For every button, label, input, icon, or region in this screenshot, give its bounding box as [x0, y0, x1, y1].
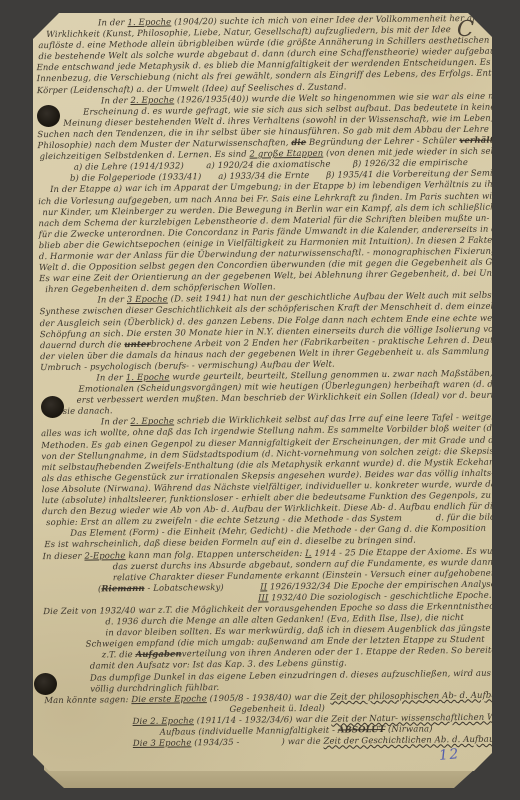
manuscript-page: In der 1. Epoche (1904/20) suchte ich mi… [33, 13, 492, 771]
punch-hole [34, 673, 57, 695]
corner-mark: C [456, 17, 474, 43]
page-number: 12 [438, 746, 460, 764]
punch-hole [37, 105, 60, 127]
scan-background: In der 1. Epoche (1904/20) suchte ich mi… [0, 0, 520, 800]
manuscript-text: In der 1. Epoche (1904/20) suchte ich mi… [33, 13, 492, 771]
punch-hole [41, 396, 64, 418]
